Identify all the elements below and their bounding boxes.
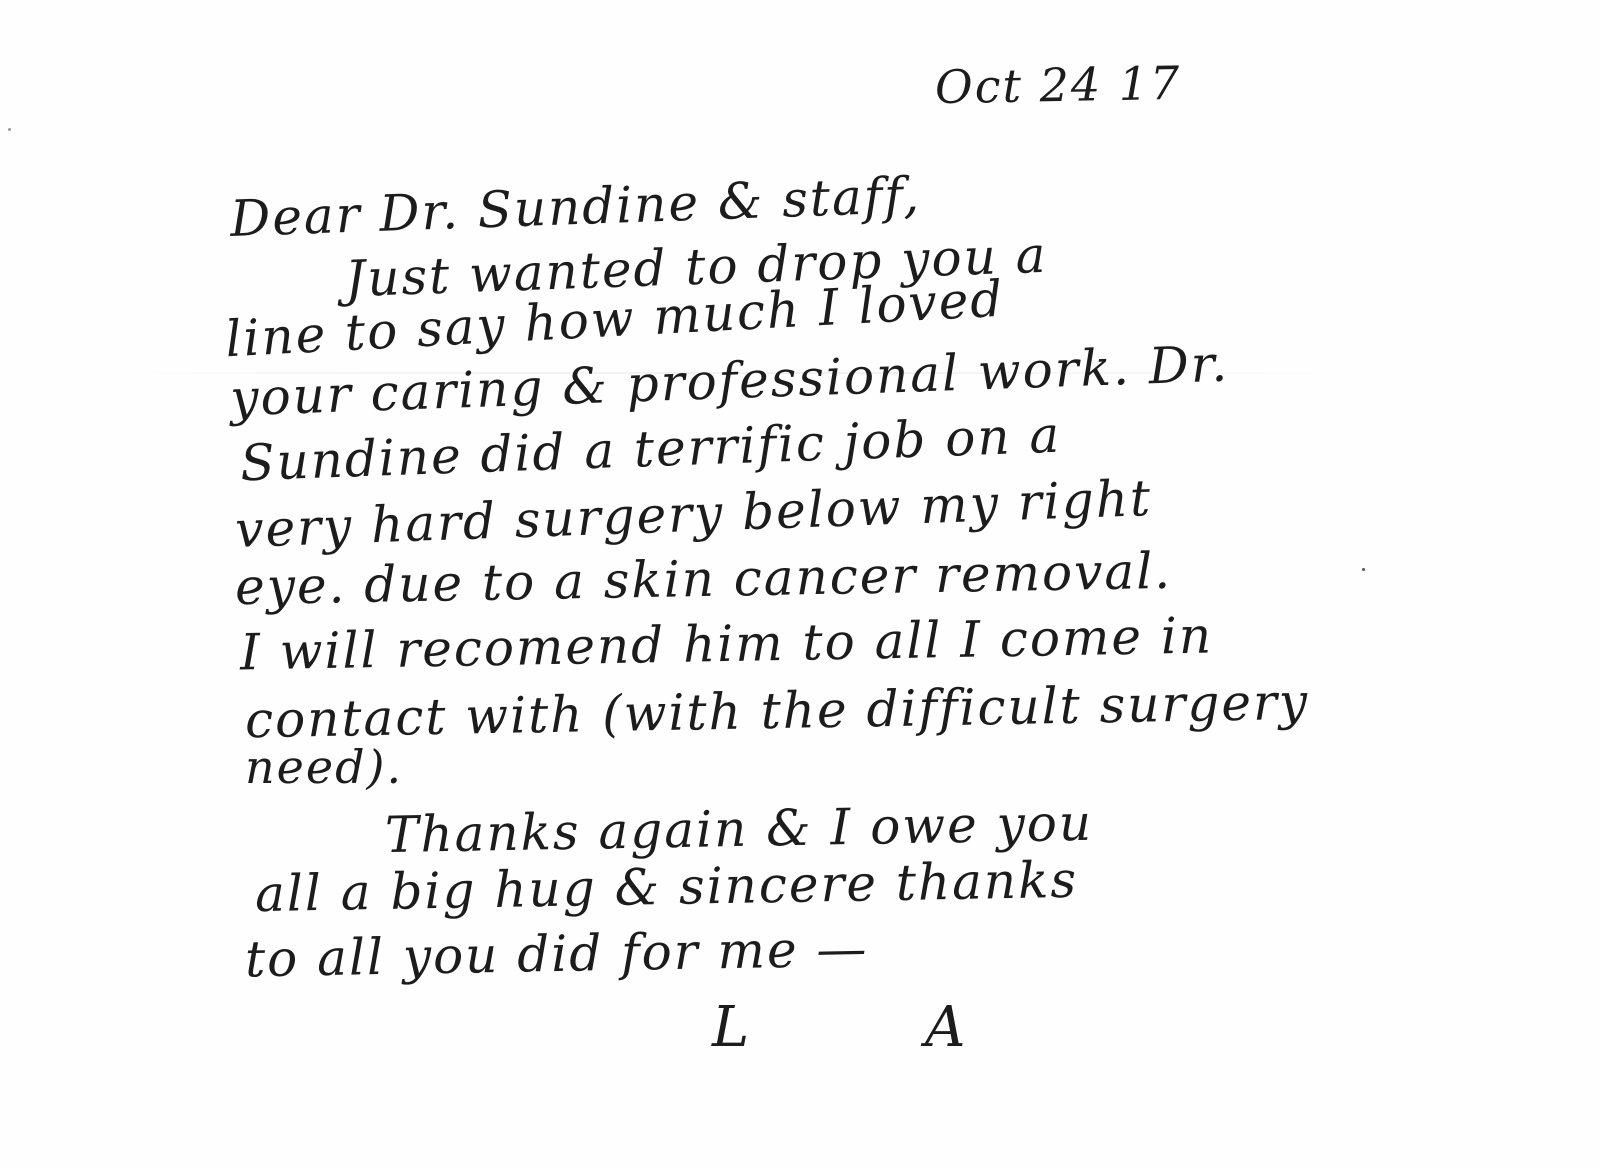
letter-date: Oct 24 17 — [935, 56, 1182, 114]
signature-initial-last: A — [925, 995, 967, 1060]
ink-speck — [1362, 568, 1365, 571]
letter-closing-line: to all you did for me — — [245, 920, 869, 989]
ink-speck — [8, 128, 11, 131]
signature-initial-first: L — [712, 995, 751, 1060]
letter-body-line: contact with (with the difficult surgery — [245, 673, 1310, 750]
letter-page: Oct 24 17 Dear Dr. Sundine & staff, Just… — [0, 0, 1600, 1168]
letter-body-line: need). — [245, 740, 403, 794]
letter-body-line: I will recomend him to all I come in — [240, 607, 1214, 682]
letter-closing-line: all a big hug & sincere thanks — [255, 851, 1079, 923]
